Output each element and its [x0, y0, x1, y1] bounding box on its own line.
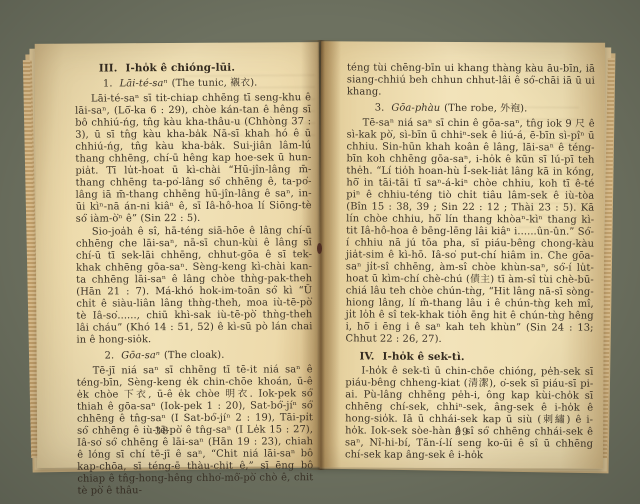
heading-label: I-ho̍k ê chióng-lūi. — [125, 62, 235, 75]
subheading-cloak: 2.Gōa-saⁿ(The cloak). — [77, 349, 313, 362]
heading-number: IV. — [359, 350, 374, 362]
heading-label: I-ho̍k ê sek-tì. — [382, 351, 464, 363]
subheading-term: Gōa-phàu — [391, 103, 440, 114]
section-heading-3: III.I-ho̍k ê chióng-lūi. — [99, 61, 311, 74]
right-page-text: téng tùi chēng-bīn ui khang thàng kàu āu… — [345, 62, 595, 462]
subheading-term: Gōa-saⁿ — [121, 350, 160, 361]
subheading-number: 3. — [375, 103, 385, 114]
page-number-right: 39 — [319, 426, 603, 438]
subheading-gloss: (The tunic, 襯衣). — [172, 78, 258, 90]
binding-stitch — [317, 243, 322, 254]
book-page-left: III.I-ho̍k ê chióng-lūi. 1.Lāi-té-saⁿ(Th… — [35, 42, 322, 468]
subheading-term: Lāi-té-saⁿ — [120, 78, 168, 89]
heading-number: III. — [99, 62, 118, 74]
subheading-number: 1. — [103, 78, 113, 89]
paragraph: I-ho̍k ê sek-tì ū chin-chōe chióng, pe̍h… — [345, 365, 593, 462]
page-number-left: 38 — [37, 425, 321, 438]
section-heading-4: IV.I-ho̍k ê sek-tì. — [359, 350, 593, 363]
subheading-gloss: (The cloak). — [164, 350, 225, 361]
subheading-tunic: 1.Lāi-té-saⁿ(The tunic, 襯衣). — [75, 77, 311, 90]
subheading-robe: 3.Gōa-phàu(The robe, 外袍). — [347, 102, 595, 115]
book-scan-photo: III.I-ho̍k ê chióng-lūi. 1.Lāi-té-saⁿ(Th… — [0, 0, 640, 504]
paragraph: Lāi-té-saⁿ sī ti̍t-chiap chhēng tī seng-… — [75, 92, 312, 225]
subheading-number: 2. — [105, 350, 115, 361]
paragraph-continuation: téng tùi chēng-bīn ui khang thàng kàu āu… — [347, 62, 595, 99]
subheading-gloss: (The robe, 外袍). — [444, 103, 527, 114]
book-page-right: téng tùi chēng-bīn ui khang thàng kàu āu… — [319, 41, 605, 468]
paragraph: Tē-saⁿ niá saⁿ sī chin ê gōa-saⁿ, tn̂g i… — [346, 117, 595, 346]
paragraph: Sio-joa̍h ê sî, hā-téng siā-hōe ê lâng c… — [76, 225, 313, 346]
